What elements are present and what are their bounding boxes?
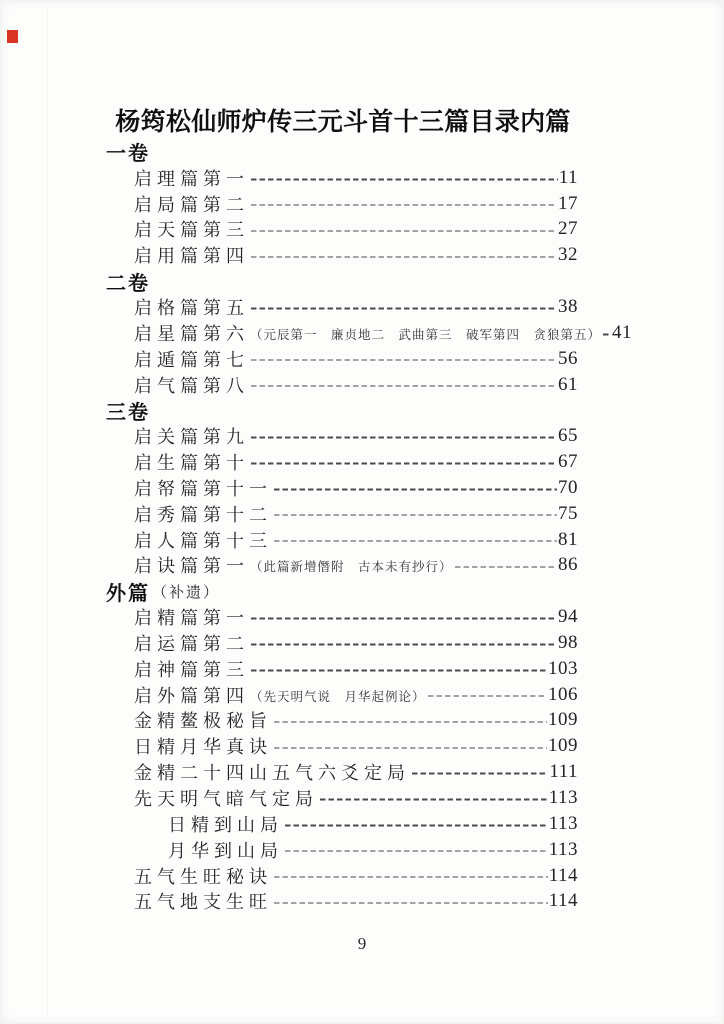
dash-leader-line: [274, 876, 548, 878]
entry-page-number: 98: [558, 632, 578, 654]
dash-leader-line: [285, 825, 548, 827]
toc-entry-row: 五气地支生旺114: [106, 888, 578, 914]
entry-label: 启诀篇第一: [134, 552, 249, 578]
entry-label: 启运篇第二: [134, 630, 249, 656]
toc-section-heading: 一卷: [106, 139, 578, 165]
toc-entry-row: 日精月华真诀109: [106, 733, 578, 759]
toc-entry-row: 启遁篇第七56: [106, 346, 578, 372]
entry-page-number: 114: [549, 890, 578, 912]
toc-section-heading: 三卷: [106, 397, 578, 423]
entry-page-number: 94: [558, 606, 578, 628]
toc-section-heading: 二卷: [106, 268, 578, 294]
entry-page-number: 56: [558, 348, 578, 370]
toc-entry-row: 金精二十四山五气六爻定局111: [106, 759, 578, 785]
section-heading-label: 一卷: [106, 137, 150, 166]
toc-entry-row: 启秀篇第十二75: [106, 501, 578, 527]
entry-page-number: 111: [549, 761, 578, 783]
page-title: 杨筠松仙师炉传三元斗首十三篇目录内篇: [100, 102, 586, 136]
entry-page-number: 27: [558, 218, 578, 240]
toc-entry-row: 启关篇第九65: [106, 423, 578, 449]
entry-label: 日精月华真诀: [134, 733, 272, 759]
red-scan-marker: [7, 30, 18, 43]
entry-page-number: 75: [558, 503, 578, 525]
toc-entry-row: 金精鳌极秘旨109: [106, 708, 578, 734]
toc-entry-row: 启运篇第二98: [106, 630, 578, 656]
section-heading-label: 三卷: [106, 396, 150, 425]
dash-leader-line: [412, 773, 548, 775]
entry-label: 启理篇第一: [134, 165, 249, 191]
toc-entry-row: 启生篇第十67: [106, 449, 578, 475]
entry-label: 启神篇第三: [134, 656, 249, 682]
dash-leader-line: [285, 850, 548, 852]
toc-entry-row: 启用篇第四32: [106, 242, 578, 268]
toc: 一卷启理篇第一11启局篇第二17启天篇第三27启用篇第四32二卷启格篇第五38启…: [106, 139, 578, 914]
entry-page-number: 114: [549, 865, 578, 887]
entry-label: 先天明气暗气定局: [134, 785, 318, 811]
toc-entry-row: 先天明气暗气定局113: [106, 785, 578, 811]
entry-page-number: 38: [558, 296, 578, 318]
entry-page-number: 70: [558, 477, 578, 499]
dash-leader-line: [251, 385, 557, 387]
dash-leader-line: [274, 489, 557, 491]
entry-label: 金精二十四山五气六爻定局: [134, 759, 410, 785]
toc-entry-row: 启帑篇第十一70: [106, 475, 578, 501]
entry-note: （先天明气说 月华起例论）: [250, 687, 426, 705]
entry-label: 启秀篇第十二: [134, 501, 272, 527]
entry-label: 启人篇第十三: [134, 527, 272, 553]
entry-label: 启精篇第一: [134, 604, 249, 630]
dash-leader-line: [428, 695, 547, 697]
section-heading-label: 二卷: [106, 267, 150, 296]
entry-page-number: 106: [548, 684, 578, 706]
dash-leader-line: [251, 463, 557, 465]
dash-leader-line: [274, 902, 548, 904]
toc-entry-row: 启格篇第五38: [106, 294, 578, 320]
toc-entry-row: 启神篇第三103: [106, 656, 578, 682]
toc-entry-row: 启外篇第四（先天明气说 月华起例论）106: [106, 682, 578, 708]
toc-section-heading: 外篇（补遗）: [106, 578, 578, 604]
entry-label: 启局篇第二: [134, 191, 249, 217]
entry-label: 启天篇第三: [134, 216, 249, 242]
footer-page-number: 9: [0, 934, 724, 958]
entry-label: 启生篇第十: [134, 449, 249, 475]
section-heading-label: 外篇: [106, 577, 150, 606]
dash-leader-line: [251, 670, 547, 672]
dash-leader-line: [251, 359, 557, 361]
entry-note: （此篇新增僭附 古本未有抄行）: [250, 557, 453, 575]
scanned-page: 杨筠松仙师炉传三元斗首十三篇目录内篇 一卷启理篇第一11启局篇第二17启天篇第三…: [0, 0, 724, 1024]
entry-page-number: 17: [558, 193, 578, 215]
entry-page-number: 113: [549, 787, 578, 809]
toc-entry-row: 启局篇第二17: [106, 191, 578, 217]
dash-leader-line: [320, 799, 548, 801]
entry-label: 月华到山局: [168, 837, 283, 863]
dash-leader-line: [251, 256, 557, 258]
entry-label: 启格篇第五: [134, 294, 249, 320]
entry-page-number: 32: [558, 244, 578, 266]
toc-entry-row: 启理篇第一11: [106, 165, 578, 191]
entry-label: 启用篇第四: [134, 242, 249, 268]
entry-label: 启帑篇第十一: [134, 475, 272, 501]
entry-page-number: 86: [558, 554, 578, 576]
dash-leader-line: [251, 618, 557, 620]
entry-page-number: 11: [559, 167, 578, 189]
toc-entry-row: 启气篇第八61: [106, 372, 578, 398]
entry-page-number: 65: [558, 425, 578, 447]
entry-label: 金精鳌极秘旨: [134, 707, 272, 733]
entry-note: （元辰第一 廉贞地二 武曲第三 破军第四 贪狼第五）: [250, 325, 601, 343]
toc-entry-row: 日精到山局113: [106, 811, 578, 837]
entry-page-number: 109: [548, 735, 578, 757]
entry-page-number: 41: [612, 322, 632, 344]
dash-leader-line: [274, 721, 547, 723]
entry-label: 启星篇第六: [134, 320, 249, 346]
dash-leader-line: [274, 514, 557, 516]
entry-page-number: 113: [549, 813, 578, 835]
toc-entry-row: 启星篇第六（元辰第一 廉贞地二 武曲第三 破军第四 贪狼第五）41: [106, 320, 578, 346]
toc-entry-row: 启精篇第一94: [106, 604, 578, 630]
entry-label: 启关篇第九: [134, 423, 249, 449]
entry-label: 启气篇第八: [134, 372, 249, 398]
toc-entry-row: 启人篇第十三81: [106, 527, 578, 553]
dash-leader-line: [274, 747, 547, 749]
entry-label: 五气生旺秘诀: [134, 863, 272, 889]
toc-entry-row: 月华到山局113: [106, 837, 578, 863]
entry-page-number: 81: [558, 529, 578, 551]
dash-leader-line: [274, 540, 557, 542]
entry-page-number: 61: [558, 374, 578, 396]
entry-label: 日精到山局: [168, 811, 283, 837]
dash-leader-line: [603, 334, 611, 336]
toc-entry-row: 五气生旺秘诀114: [106, 863, 578, 889]
entry-label: 五气地支生旺: [134, 888, 272, 914]
dash-leader-line: [251, 308, 557, 310]
dash-leader-line: [251, 179, 558, 181]
entry-label: 启外篇第四: [134, 682, 249, 708]
dash-leader-line: [251, 204, 557, 206]
entry-label: 启遁篇第七: [134, 346, 249, 372]
entry-page-number: 103: [548, 658, 578, 680]
toc-entry-row: 启诀篇第一（此篇新增僭附 古本未有抄行）86: [106, 553, 578, 579]
dash-leader-line: [251, 437, 557, 439]
dash-leader-line: [455, 566, 557, 568]
section-heading-note: （补遗）: [152, 581, 220, 602]
entry-page-number: 113: [549, 839, 578, 861]
toc-entry-row: 启天篇第三27: [106, 217, 578, 243]
dash-leader-line: [251, 230, 557, 232]
entry-page-number: 109: [548, 709, 578, 731]
dash-leader-line: [251, 644, 557, 646]
entry-page-number: 67: [558, 451, 578, 473]
